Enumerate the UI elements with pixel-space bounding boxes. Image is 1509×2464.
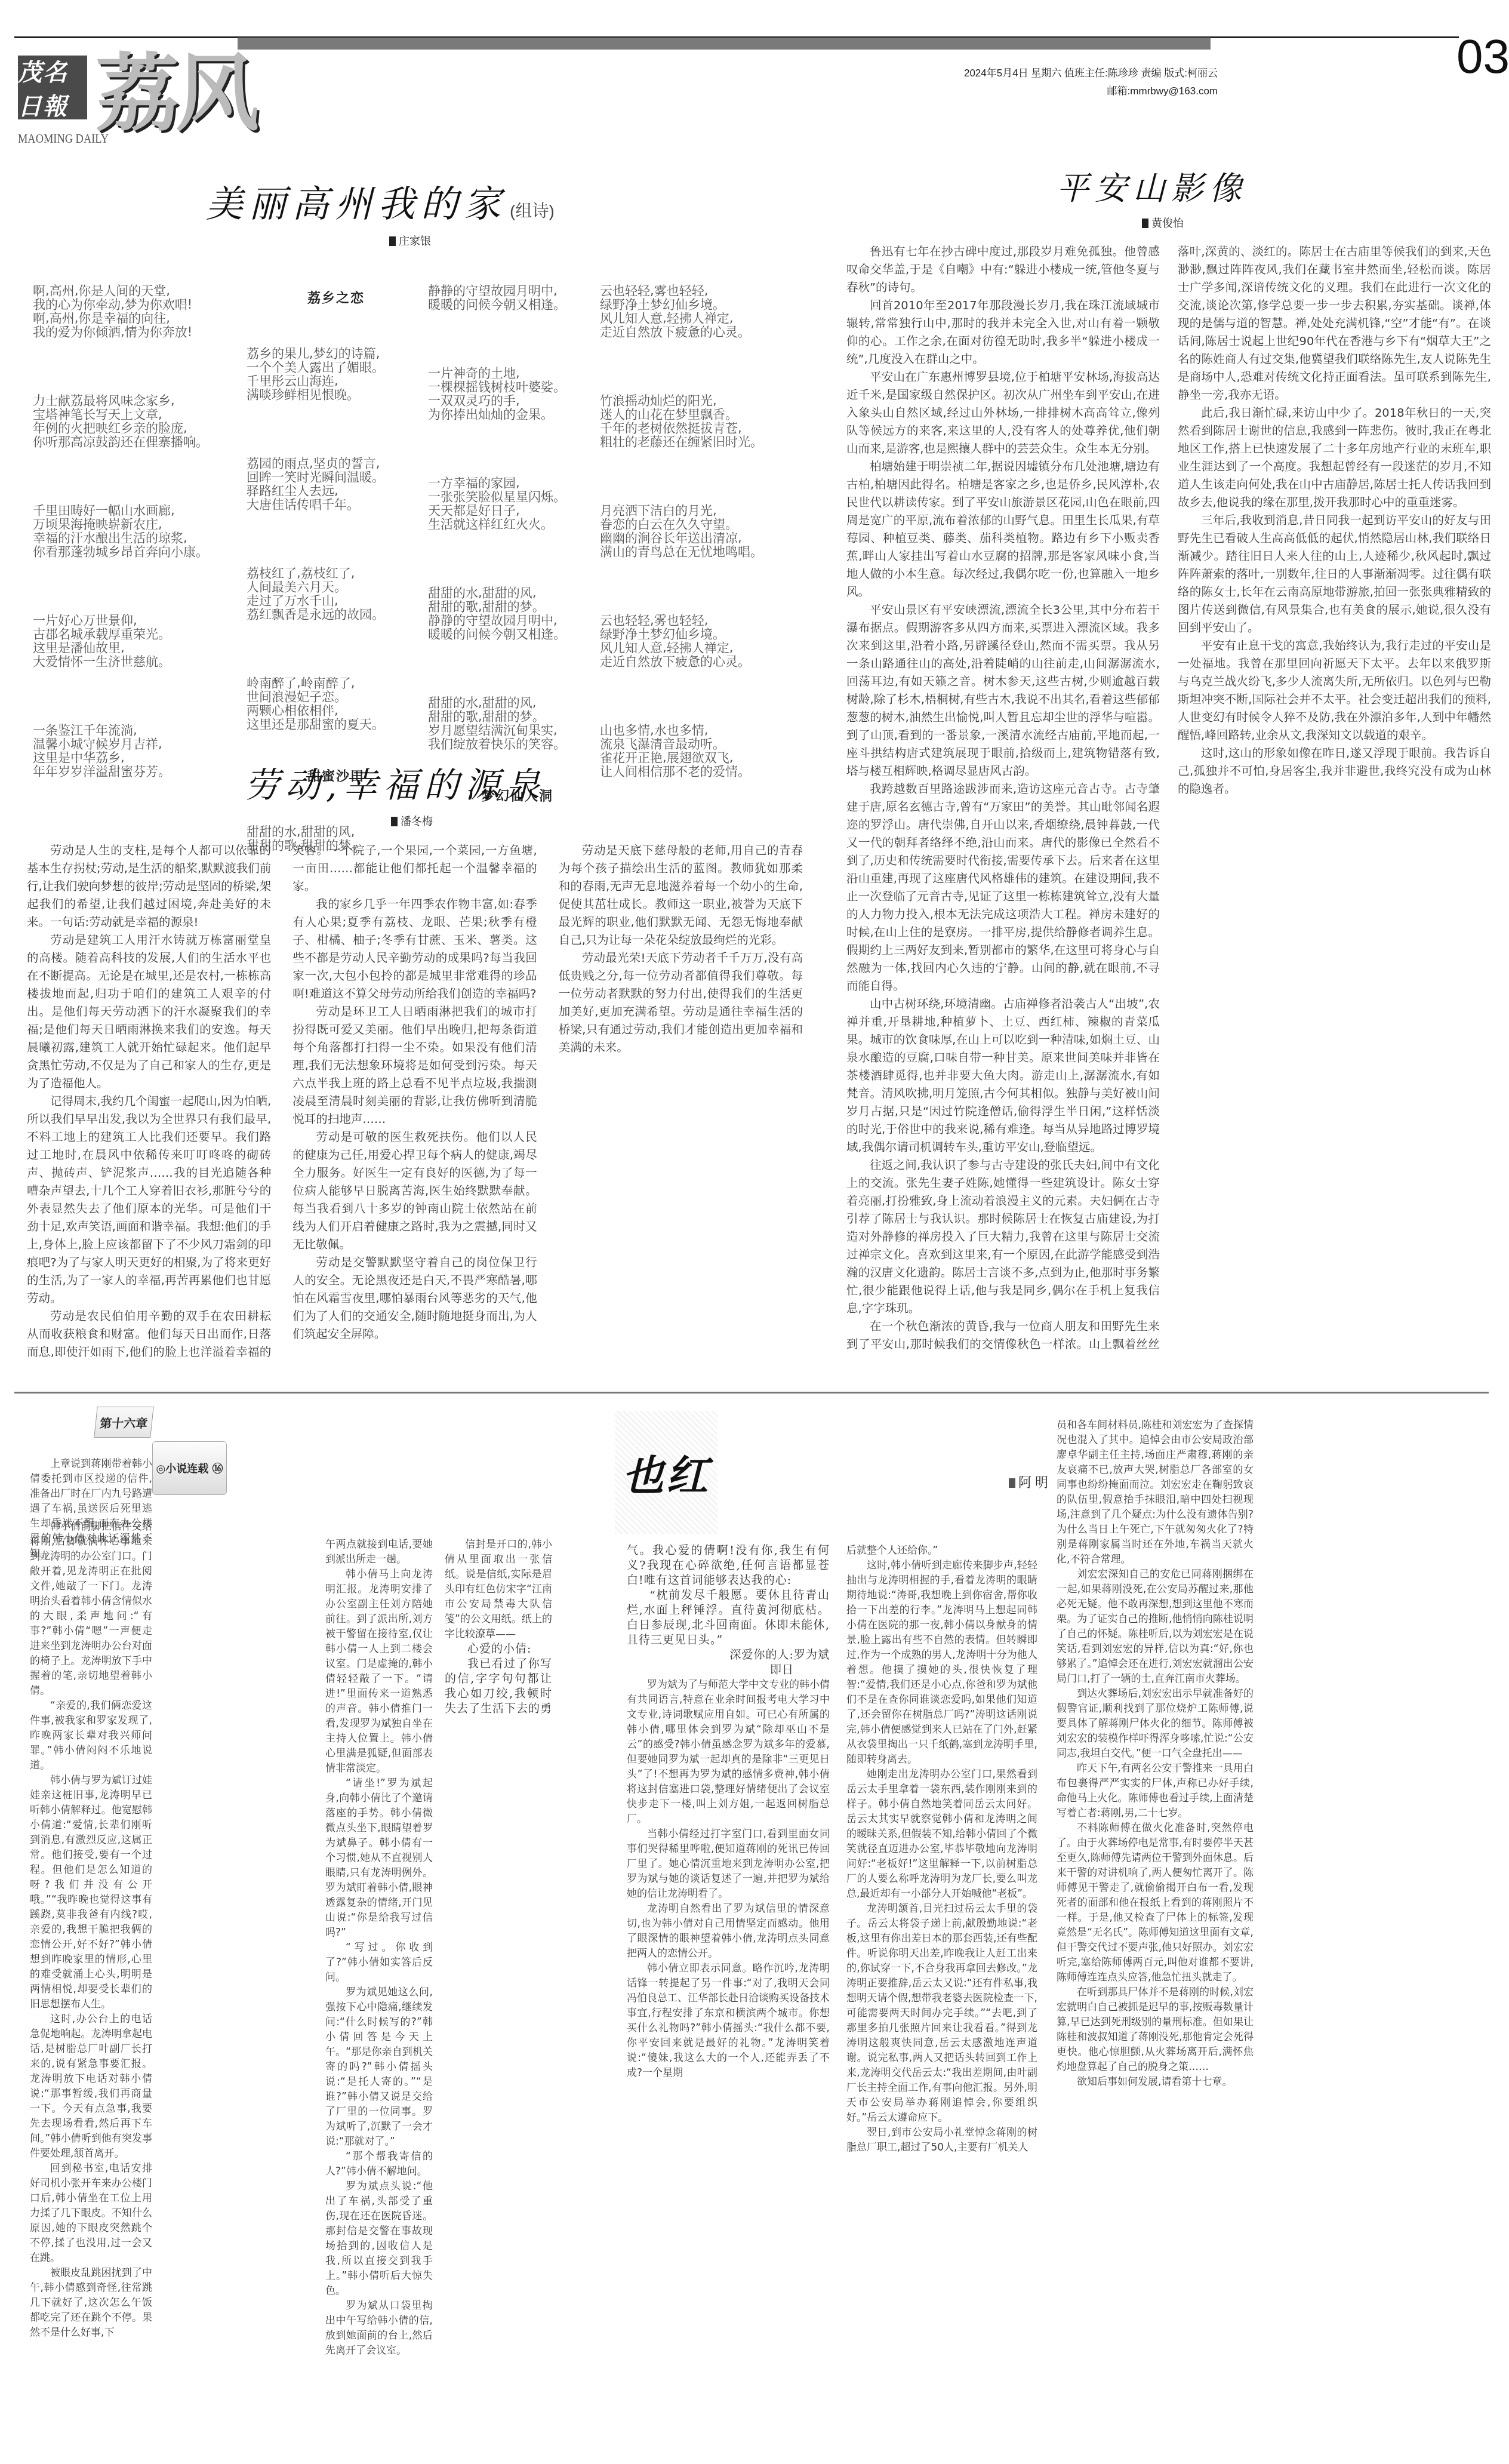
paragraph: “亲爱的,我们俩恋爱这件事,被我家和罗家发现了,昨晚两家长辈对我兴师问罪。”韩小… [30,1699,152,1773]
paragraph: 记得周末,我约几个闺蜜一起爬山,因为怕晒,所以我们早早出发,我以为全世界只有我们… [27,1093,271,1308]
stanza: 静静的守望故园月明中, 暖暖的问候今朝又相逢。 [428,284,607,312]
paragraph: 龙涛明颔首,目光扫过岳云太手里的袋子。岳云太将袋子递上前,献殷勤地说:“老板,这… [846,1902,1037,2125]
paragraph: 这时,办公台上的电话急促地响起。龙涛明拿起电话,是树脂总厂叶副厂长打来的,说有紧… [30,2012,152,2161]
newspaper-logo: 茂名日報 [18,56,87,119]
paragraph: 回到秘书室,电话安排好司机小张开车来办公楼门口后,韩小倩坐在工位上用力揉了几下眼… [30,2161,152,2266]
paragraph: 山中古树环绕,环境清幽。古庙禅修者沿袭古人“出坡”,农禅并重,开垦耕地,种植萝卜… [846,995,1160,1156]
paragraph: 午两点就接到电话,要她到派出所走一趟。 [325,1537,433,1567]
letter-salutation: 心爱的小倩: [445,1642,552,1657]
stanza: 甜甜的水,甜甜的风, 甜甜的歌,甜甜的梦。 岁月愿望结满沉甸果实, 我们绽放着快… [428,696,607,751]
novel-author: 阿 明 [1018,1475,1048,1490]
letter-body: 我已看过了你写的信,字字句句都让我心如刀绞,我顿时失去了生活下去的勇 [445,1657,552,1717]
stanza: 荔枝红了,荔枝红了, 人间最美六月天。 走过了万水千山, 荔红飘香是永远的故园。 [247,567,426,622]
paragraph: 到达火葬场后,刘宏宏出示早就准备好的假警官证,顺利找到了那位烧炉工陈师傅,说要具… [1057,1687,1254,1761]
paragraph: 我的家乡几乎一年四季农作物丰富,如:春季有人心果;夏季有荔枝、龙眼、芒果;秋季有… [292,896,537,1003]
paragraph: 鲁迅有七年在抄古碑中度过,那段岁月难免孤独。他曾感叹命交华盖,于是《自嘲》中有:… [846,243,1160,297]
stanza: 啊,高州,你是人间的天堂, 我的心为你牵动,梦为你欢唱! 啊,高州,你是幸福的向… [33,284,236,339]
paragraph: 欲知后事如何发展,请看第十七章。 [1057,2075,1254,2090]
paragraph: 不料陈师傅在做火化准备时,突然停电了。由于火葬场停电是常事,有时要停半天甚至更久… [1057,1821,1254,1985]
paragraph: 劳动是可敬的医生救死扶伤。他们以人民的健康为己任,用爱心捍卫每个病人的健康,竭尽… [292,1128,537,1254]
paragraph: 罗为斌从口袋里掏出中午写给韩小倩的信,放到她面前的台上,然后先离开了会议室。 [325,2299,433,2358]
paragraph: 这时,这山的形象如像在昨日,遂又浮现于眼前。我告诉自己,孤独并不可怕,身居客尘,… [1178,745,1491,798]
paragraph: 劳动是环卫工人日晒雨淋把我们的城市打扮得既可爱又美丽。他们早出晚归,把每条街道每… [292,1003,537,1128]
letter-signature: 深爱你的人:罗为斌 [627,1648,830,1663]
paragraph: 柏塘始建于明崇祯二年,据说因墟镇分布几处池塘,塘边有古柏,柏塘因此得名。柏塘是客… [846,458,1160,601]
paragraph: 韩小倩立即表示同意。略作沉吟,龙涛明话锋一转提起了另一件事:“对了,我明天会同冯… [627,1961,830,2081]
stanza: 岭南醉了,岭南醉了, 世间浪漫妃子恋。 两颗心相依相伴, 这里还是那甜蜜的夏天。 [247,676,426,731]
paragraph: 当韩小倩经过打字室门口,看到里面女同事们哭得稀里哗啦,便知道蒋刚的死讯已传回厂里… [627,1827,830,1902]
paragraph: 韩小倩与罗为斌订过娃娃亲这桩旧事,龙涛明早已听韩小倩解释过。他宽慰韩小倩道:“爱… [30,1773,152,2012]
poem-column-1: 啊,高州,你是人间的天堂, 我的心为你牵动,梦为你欢唱! 啊,高州,你是幸福的向… [33,257,236,820]
issue-meta: 2024年5月4日 星期六 值班主任:陈珍珍 责编 版式:柯丽云 邮箱:mmrb… [964,64,1218,100]
paragraph: 劳动是天底下慈母般的老师,用自己的青春为每个孩子描绘出生活的蓝图。教师犹如那柔和… [559,842,803,949]
stanza: 力士献荔最将风味念家乡, 宝塔神笔长写天上文章, 年例的火把映红乡亲的脸庞, 你… [33,394,236,449]
stanza: 云也轻轻,雾也轻轻, 绿野净土梦幻仙乡境。 风儿知人意,轻拂人禅定, 走近自然放… [600,284,797,339]
poem-title: 美丽高州我的家 [206,182,507,226]
paragraph: 员和各车间材料员,陈桂和刘宏宏为了查探情况也混入了其中。追悼会由市公安局政治部廖… [1057,1418,1254,1567]
byline-square-icon [391,817,398,826]
newspaper-english-name: MAOMING DAILY [18,133,82,146]
paragraph: 韩小倩前脚把信件交给蒋刚,后脚就满怀心事地来到龙涛明的办公室门口。门敞开着,见龙… [30,1519,152,1699]
poem-column-3: 静静的守望故园月明中, 暖暖的问候今朝又相逢。 一片神奇的土地, 一棵棵摇钱树枝… [428,257,607,831]
stanza: 一片好心万世景仰, 古郡名城承载厚重荣光。 这里是潘仙故里, 大爱情怀一生济世慈… [33,614,236,669]
labor-title: 劳动,幸福的源泉 [245,757,546,807]
poem-subtitle: (组诗) [510,202,555,220]
paragraph: 后就整个人还给你。” [846,1543,1037,1558]
paragraph: 三年后,我收到消息,昔日同我一起到访平安山的好友与田野先生已看破人生高高低低的起… [1178,512,1491,637]
issue-email: 邮箱:mmrbwy@163.com [964,82,1218,100]
paragraph: 在听到那具尸体并不是蒋刚的时候,刘宏宏就明白自己被抓是迟早的事,按贩毒数量计算,… [1057,1985,1254,2075]
stanza: 一条鉴江千年流淌, 温馨小城守候岁月吉祥, 这里是中华荔乡, 年年岁岁洋溢甜蜜芬… [33,724,236,779]
paragraph: 信封是开口的,韩小倩从里面取出一张信纸。说是信纸,实际是眉头印有红色仿宋字“江南… [445,1537,552,1642]
page-number: 03 [1456,33,1509,81]
labor-byline: 潘冬梅 [391,813,433,829]
paragraph: 罗为斌见她这么问,强按下心中隐痛,继续发问:“什么时候写的?”韩小倩回答是今天上… [325,1985,433,2149]
paragraph: 平安山景区有平安峡漂流,漂流全长3公里,其中分布若干瀑布据点。假期游客多从四方而… [846,601,1160,780]
paragraph: 这时,韩小倩听到走廊传来脚步声,轻轻抽出与龙涛明相握的手,看着龙涛明的眼睛期待地… [846,1558,1037,1767]
paragraph: 韩小倩马上向龙涛明汇报。龙涛明安排了办公室副主任刘方陪她前往。到了派出所,刘方被… [325,1567,433,1776]
letter-date: 即日 [627,1663,830,1678]
pingan-author: 黄俊怡 [1151,217,1184,229]
letter-text: 气。我心爱的倩啊!没有你,我生有何义?我现在心碎欲绝,任何言语都显苍白!唯有这首… [627,1543,830,1588]
masthead-gray-bar [238,38,1211,50]
stanza: 一片神奇的土地, 一棵棵摇钱树枝叶婆娑。 一双双灵巧的手, 为你捧出灿灿的金果。 [428,367,607,422]
poem-author: 庄家银 [399,235,431,247]
novel-column-5: 员和各车间材料员,陈桂和刘宏宏为了查探情况也混入了其中。追悼会由市公安局政治部廖… [1057,1418,1254,2445]
paragraph: 罗为斌为了与师范大学中文专业的韩小倩有共同语言,特意在业余时间报考电大学习中文专… [627,1678,830,1827]
pingan-byline: 黄俊怡 [1142,215,1184,230]
poem-column-4: 云也轻轻,雾也轻轻, 绿野净土梦幻仙乡境。 风儿知人意,轻拂人禅定, 走近自然放… [600,257,797,820]
stanza: 荔园的雨点,坚贞的誓言, 回眸一笑时光瞬间温暖。 驿路红尘人去远, 大唐佳话传唱… [247,457,426,512]
paragraph: “写过。你收到了?”韩小倩如实答后反问。 [325,1940,433,1985]
paragraph: 往返之间,我认识了参与古寺建设的张氏夫妇,间中有文化上的交流。张先生妻子姓陈,她… [846,1156,1160,1318]
paragraph: 此后,我日渐忙碌,来访山中少了。2018年秋日的一天,突然看到陈居士谢世的信息,… [1178,404,1491,512]
paragraph: 昨天下午,有两名公安干警推来一具用白布包裹得严严实实的尸体,声称已办好手续,命他… [1057,1761,1254,1821]
labor-body: 劳动是人生的支柱,是每个人都可以依靠的基本生存拐杖;劳动,是生活的船桨,默默渡我… [27,842,803,1367]
paragraph: 回首2010年至2017年那段漫长岁月,我在珠江流域城市辗转,常常独行山中,那时… [846,297,1160,368]
labor-author: 潘冬梅 [401,816,433,828]
novel-title-calligraphy: 也红 [615,1411,717,1534]
section-divider [14,1392,1489,1394]
paragraph: 罗为斌点头说:“他出了车祸,头部受了重伤,现在还在医院昏迷。那封信是交警在事故现… [325,2179,433,2299]
poem-title-block: 美丽高州我的家 (组诗) [206,174,555,227]
stanza: 云也轻轻,雾也轻轻, 绿野净土梦幻仙乡境。 风儿知人意,轻拂人禅定, 走近自然放… [600,614,797,669]
stanza: 山也多情,水也多情, 流泉飞瀑清音最动听。 雀花开正艳,展翅欲双飞, 让人间相信… [600,724,797,779]
paragraph: “那个帮我寄信的人?”韩小倩不解地问。 [325,2149,433,2179]
stanza: 甜甜的水,甜甜的风, 甜甜的歌,甜甜的梦。 静静的守望故园月明中, 暖暖的问候今… [428,586,607,641]
novel-byline: 阿 明 [1009,1472,1048,1491]
novel-column-4: 后就整个人还给你。” 这时,韩小倩听到走廊传来脚步声,轻轻抽出与龙涛明相握的手,… [846,1543,1037,2439]
paragraph: 龙涛明自然看出了罗为斌信里的情深意切,也为韩小倩对自己用情坚定而感动。他用了眼深… [627,1902,830,1961]
poem-byline: 庄家银 [389,233,431,248]
stanza: 荔乡的果儿,梦幻的诗篇, 一个个美人露出了媚眼。 千里彤云山海连, 满啖珍鲜相见… [247,347,426,402]
stanza: 竹浪摇动灿烂的阳光, 迷人的山花在梦里飘香。 千年的老树依然挺拔青苍, 粗壮的老… [600,394,797,449]
byline-square-icon [1009,1478,1015,1488]
stanza: 千里田畴好一幅山水画廊, 万顷果海掩映崭新农庄, 幸福的汗水酿出生活的琼浆, 你… [33,504,236,559]
novel-column-2: 午两点就接到电话,要她到派出所走一趟。 韩小倩马上向龙涛明汇报。龙涛明安排了办公… [325,1537,552,2385]
paragraph: 我跨越数百里路途跋涉而来,造访这座元音古寺。古寺肇建于唐,原名玄德古寺,曾有“万… [846,780,1160,995]
novel-column-3: 气。我心爱的倩啊!没有你,我生有何义?我现在心碎欲绝,任何言语都显苍白!唯有这首… [627,1543,830,2081]
letter-poem: “枕前发尽千般愿。要休且待青山烂,水面上秤锤浮。直待黄河彻底枯。白日参辰现,北斗… [627,1588,830,1648]
paragraph: 平安山在广东惠州博罗县境,位于柏塘平安林场,海拔高达近千米,是国家级自然保护区。… [846,368,1160,458]
paragraph: 刘宏宏深知自己的安危已同蒋刚捆绑在一起,如果蒋刚没死,在公安局苏醒过来,那他必死… [1057,1567,1254,1687]
paragraph: 劳动是交警默默坚守着自己的岗位保卫行人的安全。无论黑夜还是白天,不畏严寒酷暑,哪… [292,1254,537,1343]
paragraph: 劳动是人生的支柱,是每个人都可以依靠的基本生存拐杖;劳动,是生活的船桨,默默渡我… [27,842,271,931]
paragraph: 被眼皮乱跳困扰到了中午,韩小倩感到奇怪,往常跳几下就好了,这次怎么午饭都吃完了还… [30,2266,152,2340]
chapter-label: 第十六章 [94,1407,153,1438]
byline-square-icon [389,236,396,246]
stanza: 月亮洒下洁白的月光, 眷恋的白云在久久守望。 幽幽的涧谷长年送出清凉, 满山的青… [600,504,797,559]
serial-banner: ◎小说连载 ⑯ [152,1441,227,1495]
byline-square-icon [1142,219,1148,228]
poem-heading-lixiang: 荔乡之恋 [247,291,426,305]
pingan-body: 鲁迅有七年在抄古碑中度过,那段岁月难免孤独。他曾感叹命交华盖,于是《自嘲》中有:… [846,243,1491,1365]
novel-column-1-cont: 韩小倩前脚把信件交给蒋刚,后脚就满怀心事地来到龙涛明的办公室门口。门敞开着,见龙… [30,1519,152,2451]
paragraph: “请坐!”罗为斌起身,向韩小倩比了个邀请落座的手势。韩小倩微微点头坐下,眼睛望着… [325,1776,433,1940]
paragraph: 她刚走出龙涛明办公室门口,果然看到岳云太手里拿着一袋东西,装作刚刚来到的样子。韩… [846,1767,1037,1902]
paragraph: 翌日,到市公安局小礼堂悼念蒋刚的树脂总厂职工,超过了50人,主要有厂机关人 [846,2125,1037,2155]
issue-date-editors: 2024年5月4日 星期六 值班主任:陈珍珍 责编 版式:柯丽云 [964,64,1218,82]
paragraph: 劳动是建筑工人用汗水铸就万栋富丽堂皇的高楼。随着高科技的发展,人们的生活水平也在… [27,931,271,1093]
paragraph: 平安有止息干戈的寓意,我始终认为,我行走过的平安山是一处福地。我曾在那里回向祈愿… [1178,637,1491,745]
paragraph: 劳动最光荣!天底下劳动者千千万万,没有高低贵贱之分,每一位劳动者都值得我们尊敬。… [559,949,803,1057]
pingan-title: 平安山影像 [1057,163,1248,209]
section-title: 荔风 [96,53,255,136]
stanza: 一方幸福的家园, 一张张笑脸似星星闪烁。 天天都是好日子, 生活就这样红红火火。 [428,476,607,531]
